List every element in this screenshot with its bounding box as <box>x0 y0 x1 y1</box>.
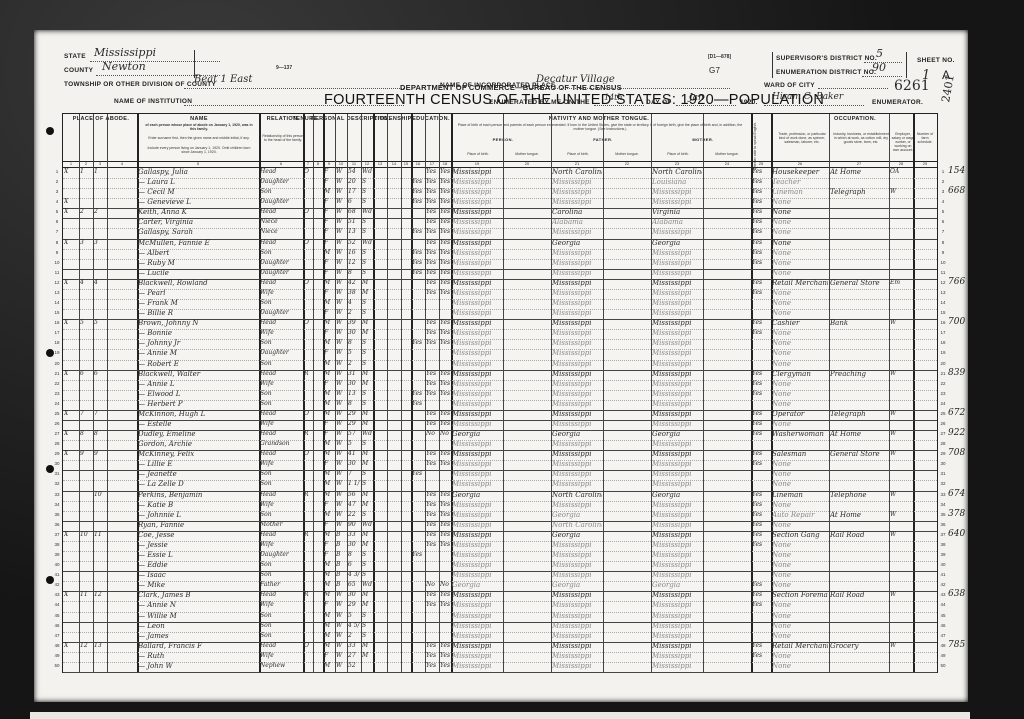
cell-write: Yes <box>440 540 450 550</box>
cell-birth: Mississippi <box>452 348 502 358</box>
cell-age: 38 <box>348 288 360 298</box>
cell-mother-birth: Mississippi <box>652 520 702 530</box>
cell-birth: Mississippi <box>452 318 502 328</box>
cell-race: B <box>336 570 346 580</box>
cell-marital: M <box>362 530 372 540</box>
cell-age: 90 <box>348 520 360 530</box>
cell-write: No <box>440 580 450 590</box>
cell-tenure: O <box>304 641 312 651</box>
margin-annotation: 839 <box>948 368 965 378</box>
cell-sex: M <box>324 399 334 409</box>
cell-write: Yes <box>440 338 450 348</box>
line-number: 49 <box>938 653 948 658</box>
cell-occupation: None <box>772 197 828 207</box>
cell-age: 13 <box>348 227 360 237</box>
cell-read: Yes <box>426 268 438 278</box>
cell-relation: Head <box>260 449 302 459</box>
cell-relation: Mother <box>260 520 302 530</box>
cell-write: Yes <box>440 651 450 661</box>
line-number: 35 <box>938 512 948 517</box>
line-number: 10 <box>938 260 948 265</box>
cell-father-birth: Mississippi <box>552 298 602 308</box>
cell-relation: Son <box>260 359 302 369</box>
cell-family: 2 <box>94 207 106 217</box>
cell-age: 42 <box>348 278 360 288</box>
cell-sex: M <box>324 389 334 399</box>
line-number-left: 33 <box>52 492 62 497</box>
cell-age: 57 <box>348 429 360 439</box>
cell-english: Yes <box>752 177 770 187</box>
cell-relation: Son <box>260 570 302 580</box>
cell-race: W <box>336 227 346 237</box>
cell-age: 54 <box>348 167 360 177</box>
cell-mother-birth: Mississippi <box>652 258 702 268</box>
cell-write: Yes <box>440 409 450 419</box>
cell-tenure: O <box>304 318 312 328</box>
cell-age: 2 <box>348 308 360 318</box>
cell-father-birth: Mississippi <box>552 560 602 570</box>
cell-birth: Mississippi <box>452 651 502 661</box>
cell-race: B <box>336 540 346 550</box>
cell-birth: Mississippi <box>452 308 502 318</box>
cell-name: McKinney, Felix <box>138 449 258 459</box>
cell-name: Dudley, Emeline <box>138 429 258 439</box>
cell-industry: Preaching <box>830 369 888 379</box>
cell-sex: F <box>324 197 334 207</box>
cell-english: Yes <box>752 500 770 510</box>
cell-tenure: O <box>304 207 312 217</box>
cell-age: 52 <box>348 661 360 671</box>
column-number: 5 <box>137 161 259 166</box>
cell-write: Yes <box>440 490 450 500</box>
cell-school: Yes <box>412 550 424 560</box>
cell-father-birth: Mississippi <box>552 621 602 631</box>
cell-age: 5 <box>348 439 360 449</box>
cell-age: 47 <box>348 500 360 510</box>
line-number-left: 2 <box>52 179 62 184</box>
supervisor-label: SUPERVISOR'S DISTRICT NO. <box>776 55 877 62</box>
column-number: 8 <box>313 161 323 166</box>
cell-birth: Mississippi <box>452 641 502 651</box>
cell-name: — Annie N <box>138 600 258 610</box>
cell-sex: M <box>324 338 334 348</box>
line-number-left: 44 <box>52 602 62 607</box>
cell-dwelling: 11 <box>80 590 92 600</box>
cell-occupation: None <box>772 570 828 580</box>
cell-occupation: None <box>772 631 828 641</box>
cell-name: Blackwell, Rowland <box>138 278 258 288</box>
enumerator-label: ENUMERATOR. <box>872 99 923 106</box>
cell-read: Yes <box>426 379 438 389</box>
cell-age: 4 3/12 <box>348 570 360 580</box>
cell-family: 3 <box>94 238 106 248</box>
cell-english: Yes <box>752 248 770 258</box>
line-number-left: 46 <box>52 623 62 628</box>
line-number: 27 <box>938 431 948 436</box>
cell-sex: F <box>324 308 334 318</box>
margin-annotation: 638 <box>948 589 965 599</box>
cell-write: Yes <box>440 419 450 429</box>
cell-birth: Mississippi <box>452 197 502 207</box>
cell-sex: M <box>324 278 334 288</box>
cell-school: Yes <box>412 399 424 409</box>
line-number-left: 3 <box>52 189 62 194</box>
cell-father-birth: Mississippi <box>552 389 602 399</box>
cell-age: 27 <box>348 651 360 661</box>
line-number-left: 49 <box>52 653 62 658</box>
line-number: 33 <box>938 492 948 497</box>
cell-relation: Son <box>260 621 302 631</box>
cell-age: 39 <box>348 318 360 328</box>
cell-family: 10 <box>94 490 106 500</box>
cell-occupation: Teacher <box>772 177 828 187</box>
cell-mother-birth: Mississippi <box>652 248 702 258</box>
column-number: 19 <box>451 161 503 166</box>
mother-place-header: Place of birth. <box>653 152 703 156</box>
cell-sex: M <box>324 580 334 590</box>
cell-occupation: None <box>772 550 828 560</box>
cell-english: Yes <box>752 419 770 429</box>
cell-race: W <box>336 409 346 419</box>
cell-birth: Mississippi <box>452 520 502 530</box>
cell-race: B <box>336 580 346 590</box>
line-number: 17 <box>938 330 948 335</box>
column-number: 7 <box>303 161 313 166</box>
cell-english: Yes <box>752 217 770 227</box>
cell-occupation: Auto Repair <box>772 510 828 520</box>
punch-hole <box>46 127 54 135</box>
cell-sex: M <box>324 631 334 641</box>
cell-relation: Niece <box>260 217 302 227</box>
form-code: [D1—878] <box>708 54 731 60</box>
cell-marital: Wd <box>362 429 372 439</box>
cell-read: Yes <box>426 449 438 459</box>
cell-family: 13 <box>94 641 106 651</box>
cell-relation: Head <box>260 490 302 500</box>
cell-school: Yes <box>412 258 424 268</box>
cell-family: 8 <box>94 429 106 439</box>
cell-dwelling: 6 <box>80 369 92 379</box>
line-number-left: 32 <box>52 481 62 486</box>
line-number: 22 <box>938 381 948 386</box>
cell-relation: Wife <box>260 600 302 610</box>
cell-write: Yes <box>440 288 450 298</box>
cell-name: Coe, Jesse <box>138 530 258 540</box>
cell-age: 2 <box>348 631 360 641</box>
margin-annotation: 708 <box>948 448 965 458</box>
cell-mother-birth: Mississippi <box>652 621 702 631</box>
cell-school: Yes <box>412 187 424 197</box>
mother-tongue-header: Mother tongue. <box>703 152 751 156</box>
cell-mother-birth: Mississippi <box>652 369 702 379</box>
cell-sex: F <box>324 207 334 217</box>
cell-sex: M <box>324 187 334 197</box>
sheet-label: SHEET NO. <box>917 57 955 64</box>
cell-birth: Mississippi <box>452 298 502 308</box>
cell-relation: Head <box>260 409 302 419</box>
cell-dwelling: 12 <box>80 641 92 651</box>
township-line <box>184 88 404 89</box>
cell-mother-birth: Alabama <box>652 217 702 227</box>
cell-father-birth: Georgia <box>552 238 602 248</box>
line-number: 7 <box>938 229 948 234</box>
cell-mother-birth: Mississippi <box>652 550 702 560</box>
cell-age: 30 <box>348 590 360 600</box>
cell-tenure: R <box>304 490 312 500</box>
cell-street: X <box>64 278 78 288</box>
cell-relation: Daughter <box>260 177 302 187</box>
cell-marital: S <box>362 510 372 520</box>
cell-marital: M <box>362 369 372 379</box>
cell-father-birth: Mississippi <box>552 459 602 469</box>
cell-write: Yes <box>440 318 450 328</box>
day-line <box>594 105 644 106</box>
ed-line <box>862 76 902 77</box>
cell-read: Yes <box>426 187 438 197</box>
cell-age: 13 <box>348 389 360 399</box>
cell-occupation: None <box>772 258 828 268</box>
cell-street: X <box>64 197 78 207</box>
column-number: 28 <box>889 161 913 166</box>
column-number: 27 <box>829 161 889 166</box>
cell-father-birth: Mississippi <box>552 611 602 621</box>
cell-relation: Wife <box>260 651 302 661</box>
cell-industry: Grocery <box>830 641 888 651</box>
line-number: 34 <box>938 502 948 507</box>
line-number-left: 36 <box>52 522 62 527</box>
cell-relation: Son <box>260 389 302 399</box>
cell-birth: Mississippi <box>452 369 502 379</box>
occ-industry-header: Industry, business, or establishment in … <box>833 132 889 144</box>
cell-marital: M <box>362 278 372 288</box>
cell-name: Ryan, Fannie <box>138 520 258 530</box>
line-number-left: 19 <box>52 350 62 355</box>
cell-race: W <box>336 429 346 439</box>
cell-father-birth: Mississippi <box>552 187 602 197</box>
cell-birth: Mississippi <box>452 227 502 237</box>
cell-marital: S <box>362 298 372 308</box>
cell-race: W <box>336 399 346 409</box>
cell-relation: Son <box>260 469 302 479</box>
cell-sex: F <box>324 268 334 278</box>
cell-marital: S <box>362 479 372 489</box>
name-note-2: Include every person living on January 1… <box>143 146 255 154</box>
cell-occupation: Lineman <box>772 187 828 197</box>
cell-relation: Daughter <box>260 197 302 207</box>
cell-marital: S <box>362 268 372 278</box>
cell-sex: F <box>324 177 334 187</box>
cell-marital: S <box>362 439 372 449</box>
cell-age: 52 <box>348 238 360 248</box>
cell-occupation: Washerwoman <box>772 429 828 439</box>
line-number-left: 27 <box>52 431 62 436</box>
cell-read: Yes <box>426 490 438 500</box>
cell-write: Yes <box>440 600 450 610</box>
line-number-left: 45 <box>52 613 62 618</box>
cell-birth: Mississippi <box>452 459 502 469</box>
cell-father-birth: Mississippi <box>552 318 602 328</box>
line-number: 38 <box>938 542 948 547</box>
cell-tenure: O <box>304 409 312 419</box>
cell-occupation: None <box>772 379 828 389</box>
line-number: 12 <box>938 280 948 285</box>
cell-class: W <box>890 641 912 651</box>
cell-write: Yes <box>440 530 450 540</box>
cell-read: Yes <box>426 459 438 469</box>
cell-race: W <box>336 500 346 510</box>
ed-value: 90 <box>872 61 886 74</box>
cell-mother-birth: Mississippi <box>652 570 702 580</box>
cell-school: Yes <box>412 268 424 278</box>
cell-sex: F <box>324 540 334 550</box>
cell-relation: Wife <box>260 328 302 338</box>
cell-race: W <box>336 359 346 369</box>
cell-birth: Mississippi <box>452 439 502 449</box>
column-number: 20 <box>503 161 551 166</box>
cell-english: Yes <box>752 227 770 237</box>
line-number-left: 48 <box>52 643 62 648</box>
cell-occupation: None <box>772 600 828 610</box>
cell-mother-birth: Mississippi <box>652 348 702 358</box>
line-number-left: 50 <box>52 663 62 668</box>
cell-read: Yes <box>426 258 438 268</box>
cell-read: Yes <box>426 227 438 237</box>
cell-class: W <box>890 429 912 439</box>
cell-english: Yes <box>752 490 770 500</box>
line-number: 41 <box>938 572 948 577</box>
cell-mother-birth: Mississippi <box>652 268 702 278</box>
cell-sex: M <box>324 621 334 631</box>
cell-mother-birth: Mississippi <box>652 449 702 459</box>
cell-read: Yes <box>426 207 438 217</box>
cell-father-birth: Georgia <box>552 580 602 590</box>
cell-marital: S <box>362 187 372 197</box>
cell-birth: Mississippi <box>452 570 502 580</box>
cell-sex: F <box>324 258 334 268</box>
cell-occupation: None <box>772 268 828 278</box>
cell-birth: Mississippi <box>452 560 502 570</box>
cell-industry: Rail Road <box>830 530 888 540</box>
margin-annotation: 922 <box>948 428 965 438</box>
cell-read: Yes <box>426 338 438 348</box>
cell-age: 51 <box>348 217 360 227</box>
cell-write: Yes <box>440 238 450 248</box>
cell-race: W <box>336 278 346 288</box>
cell-read: Yes <box>426 419 438 429</box>
cell-sex: M <box>324 248 334 258</box>
cell-mother-birth: Georgia <box>652 490 702 500</box>
enumerated-label: ENUMERATED BY ME ON THE <box>489 99 590 106</box>
cell-class: W <box>890 449 912 459</box>
column-number: 12 <box>361 161 373 166</box>
cell-street: X <box>64 429 78 439</box>
cell-name: Perkins, Benjamin <box>138 490 258 500</box>
cell-age: 30 <box>348 379 360 389</box>
cell-relation: Head <box>260 530 302 540</box>
cell-occupation: None <box>772 500 828 510</box>
cell-birth: Mississippi <box>452 177 502 187</box>
cell-write: Yes <box>440 187 450 197</box>
cell-write: Yes <box>440 510 450 520</box>
cell-mother-birth: Mississippi <box>652 611 702 621</box>
cell-father-birth: Mississippi <box>552 570 602 580</box>
cell-english: Yes <box>752 530 770 540</box>
cell-relation: Son <box>260 631 302 641</box>
line-number-left: 30 <box>52 461 62 466</box>
cell-english: Yes <box>752 429 770 439</box>
cell-sex: M <box>324 641 334 651</box>
cell-race: B <box>336 560 346 570</box>
line-number-left: 28 <box>52 441 62 446</box>
cell-marital: M <box>362 288 372 298</box>
cell-read: Yes <box>426 540 438 550</box>
occ-trade-header: Trade, profession, or particular kind of… <box>775 132 829 144</box>
cell-race: W <box>336 490 346 500</box>
cell-race: W <box>336 379 346 389</box>
cell-mother-birth: Mississippi <box>652 187 702 197</box>
cell-dwelling: 7 <box>80 409 92 419</box>
cell-race: W <box>336 520 346 530</box>
cell-name: — Genevieve L <box>138 197 258 207</box>
line-number-left: 23 <box>52 391 62 396</box>
cell-marital: S <box>362 389 372 399</box>
cell-race: W <box>336 197 346 207</box>
cell-marital: M <box>362 419 372 429</box>
cell-sex: F <box>324 651 334 661</box>
cell-mother-birth: Mississippi <box>652 631 702 641</box>
cell-write: Yes <box>440 328 450 338</box>
margin-annotation: 672 <box>948 408 965 418</box>
cell-school: Yes <box>412 197 424 207</box>
line-number: 21 <box>938 371 948 376</box>
cell-write: Yes <box>440 369 450 379</box>
cell-read: Yes <box>426 600 438 610</box>
cell-english: Yes <box>752 278 770 288</box>
father-place-header: Place of birth. <box>553 152 603 156</box>
cell-marital: S <box>362 560 372 570</box>
cell-race: W <box>336 217 346 227</box>
cell-age: 16 <box>348 248 360 258</box>
cell-industry: Rail Road <box>830 590 888 600</box>
cell-race: W <box>336 631 346 641</box>
cell-industry: Telegraph <box>830 187 888 197</box>
cell-relation: Son <box>260 399 302 409</box>
cell-relation: Son <box>260 338 302 348</box>
cell-occupation: None <box>772 479 828 489</box>
cell-write: Yes <box>440 217 450 227</box>
cell-family: 1 <box>94 167 106 177</box>
cell-name: — Pearl <box>138 288 258 298</box>
cell-sex: M <box>324 298 334 308</box>
cell-birth: Mississippi <box>452 207 502 217</box>
cell-family: 11 <box>94 530 106 540</box>
line-number-left: 40 <box>52 562 62 567</box>
cell-age: 8 <box>348 399 360 409</box>
cell-read: Yes <box>426 510 438 520</box>
margin-annotation: 640 <box>948 529 965 539</box>
cell-industry: At Home <box>830 510 888 520</box>
cell-sex: M <box>324 469 334 479</box>
cell-mother-birth: Mississippi <box>652 540 702 550</box>
cell-mother-birth: Mississippi <box>652 308 702 318</box>
cell-father-birth: Mississippi <box>552 419 602 429</box>
cell-write: Yes <box>440 177 450 187</box>
cell-mother-birth: Mississippi <box>652 459 702 469</box>
cell-birth: Georgia <box>452 429 502 439</box>
cell-sex: M <box>324 359 334 369</box>
cell-mother-birth: Virginia <box>652 207 702 217</box>
cell-class: OA <box>890 167 912 177</box>
